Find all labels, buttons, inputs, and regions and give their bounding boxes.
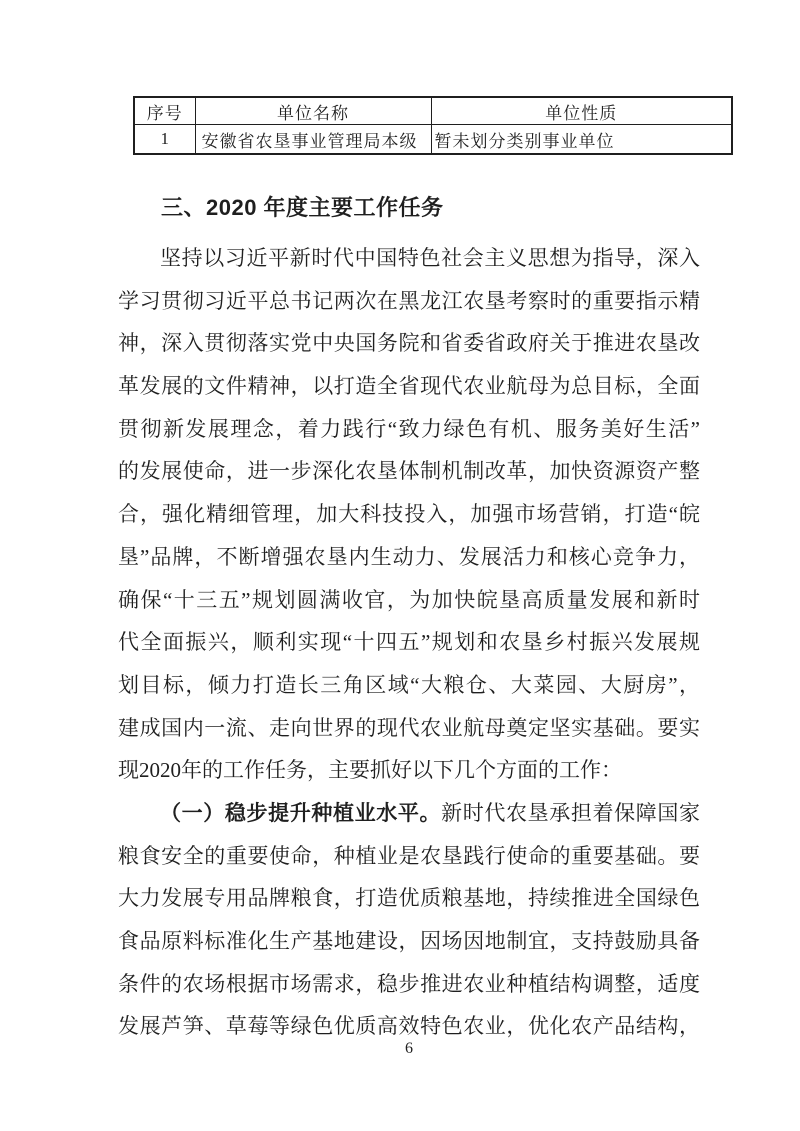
text-segment: 确保“十三五”规划圆满收官，为加快皖垦高质量发展和新时 xyxy=(118,588,700,612)
text-line: 大力发展专用品牌粮食，打造优质粮基地，持续推进全国绿色 xyxy=(118,877,700,920)
text-segment: 粮食安全的重要使命，种植业是农垦践行使命的重要基础。要 xyxy=(118,844,700,868)
text-segment: 代全面振兴，顺利实现“十四五”规划和农垦乡村振兴发展规 xyxy=(118,630,700,654)
text-segment: 神，深入贯彻落实党中央国务院和省委省政府关于推进农垦改 xyxy=(118,331,700,355)
text-segment: 的发展使命，进一步深化农垦体制机制改革，加快资源资产整 xyxy=(118,459,700,483)
text-line: 划目标，倾力打造长三角区域“大粮仓、大菜园、大厨房”， xyxy=(118,664,700,707)
table-header-unit-type: 单位性质 xyxy=(431,97,732,125)
text-segment: 建成国内一流、走向世界的现代农业航母奠定坚实基础。要实 xyxy=(118,716,700,740)
paragraph: 坚持以习近平新时代中国特色社会主义思想为指导，深入学习贯彻习近平总书记两次在黑龙… xyxy=(118,237,700,792)
text-segment: 学习贯彻习近平总书记两次在黑龙江农垦考察时的重要指示精 xyxy=(118,289,700,313)
page-number: 6 xyxy=(118,1040,700,1058)
text-segment: 划目标，倾力打造长三角区域“大粮仓、大菜园、大厨房”， xyxy=(118,673,700,697)
text-segment: 现2020年的工作任务，主要抓好以下几个方面的工作： xyxy=(118,758,622,782)
text-line: 现2020年的工作任务，主要抓好以下几个方面的工作： xyxy=(118,749,700,792)
text-line: 的发展使命，进一步深化农垦体制机制改革，加快资源资产整 xyxy=(118,450,700,493)
table-cell-unit-name: 安徽省农垦事业管理局本级 xyxy=(195,125,431,155)
text-segment: 大力发展专用品牌粮食，打造优质粮基地，持续推进全国绿色 xyxy=(118,886,700,910)
text-segment: 合，强化精细管理，加大科技投入，加强市场营销，打造“皖 xyxy=(118,502,700,526)
text-line: 食品原料标准化生产基地建设，因场因地制宜，支持鼓励具备 xyxy=(118,920,700,963)
text-line: 坚持以习近平新时代中国特色社会主义思想为指导，深入 xyxy=(118,237,700,280)
text-line: 建成国内一流、走向世界的现代农业航母奠定坚实基础。要实 xyxy=(118,707,700,750)
text-line: 合，强化精细管理，加大科技投入，加强市场营销，打造“皖 xyxy=(118,493,700,536)
text-line: 垦”品牌，不断增强农垦内生动力、发展活力和核心竞争力， xyxy=(118,536,700,579)
text-line: （一）稳步提升种植业水平。新时代农垦承担着保障国家 xyxy=(118,792,700,835)
text-line: 神，深入贯彻落实党中央国务院和省委省政府关于推进农垦改 xyxy=(118,322,700,365)
text-line: 粮食安全的重要使命，种植业是农垦践行使命的重要基础。要 xyxy=(118,835,700,878)
text-line: 代全面振兴，顺利实现“十四五”规划和农垦乡村振兴发展规 xyxy=(118,621,700,664)
text-line: 贯彻新发展理念，着力践行“致力绿色有机、服务美好生活” xyxy=(118,408,700,451)
units-table: 序号 单位名称 单位性质 1 安徽省农垦事业管理局本级 暂未划分类别事业单位 xyxy=(133,96,733,155)
text-line: 革发展的文件精神，以打造全省现代农业航母为总目标，全面 xyxy=(118,365,700,408)
text-line: 学习贯彻习近平总书记两次在黑龙江农垦考察时的重要指示精 xyxy=(118,280,700,323)
text-segment: 坚持以习近平新时代中国特色社会主义思想为指导，深入 xyxy=(160,246,700,270)
text-segment: 垦”品牌，不断增强农垦内生动力、发展活力和核心竞争力， xyxy=(118,545,700,569)
text-line: 确保“十三五”规划圆满收官，为加快皖垦高质量发展和新时 xyxy=(118,579,700,622)
text-segment: 食品原料标准化生产基地建设，因场因地制宜，支持鼓励具备 xyxy=(118,929,700,953)
text-segment: 发展芦笋、草莓等绿色优质高效特色农业，优化农产品结构， xyxy=(118,1014,700,1038)
text-line: 条件的农场根据市场需求，稳步推进农业种植结构调整，适度 xyxy=(118,963,700,1006)
table-header-index: 序号 xyxy=(134,97,195,125)
text-segment: 革发展的文件精神，以打造全省现代农业航母为总目标，全面 xyxy=(118,374,700,398)
section-heading: 三、2020 年度主要工作任务 xyxy=(118,191,743,222)
document-page: 序号 单位名称 单位性质 1 安徽省农垦事业管理局本级 暂未划分类别事业单位 三… xyxy=(0,0,800,1131)
table-cell-index: 1 xyxy=(134,125,195,155)
text-segment: 新时代农垦承担着保障国家 xyxy=(441,801,700,825)
text-segment-bold: （一）稳步提升种植业水平。 xyxy=(160,801,441,825)
table-row: 1 安徽省农垦事业管理局本级 暂未划分类别事业单位 xyxy=(134,125,732,155)
table-header-row: 序号 单位名称 单位性质 xyxy=(134,97,732,125)
text-segment: 条件的农场根据市场需求，稳步推进农业种植结构调整，适度 xyxy=(118,972,700,996)
paragraph: （一）稳步提升种植业水平。新时代农垦承担着保障国家粮食安全的重要使命，种植业是农… xyxy=(118,792,700,1048)
text-segment: 贯彻新发展理念，着力践行“致力绿色有机、服务美好生活” xyxy=(118,417,700,441)
table-cell-unit-type: 暂未划分类别事业单位 xyxy=(431,125,732,155)
body-text: 坚持以习近平新时代中国特色社会主义思想为指导，深入学习贯彻习近平总书记两次在黑龙… xyxy=(118,237,700,1048)
table-header-unit-name: 单位名称 xyxy=(195,97,431,125)
